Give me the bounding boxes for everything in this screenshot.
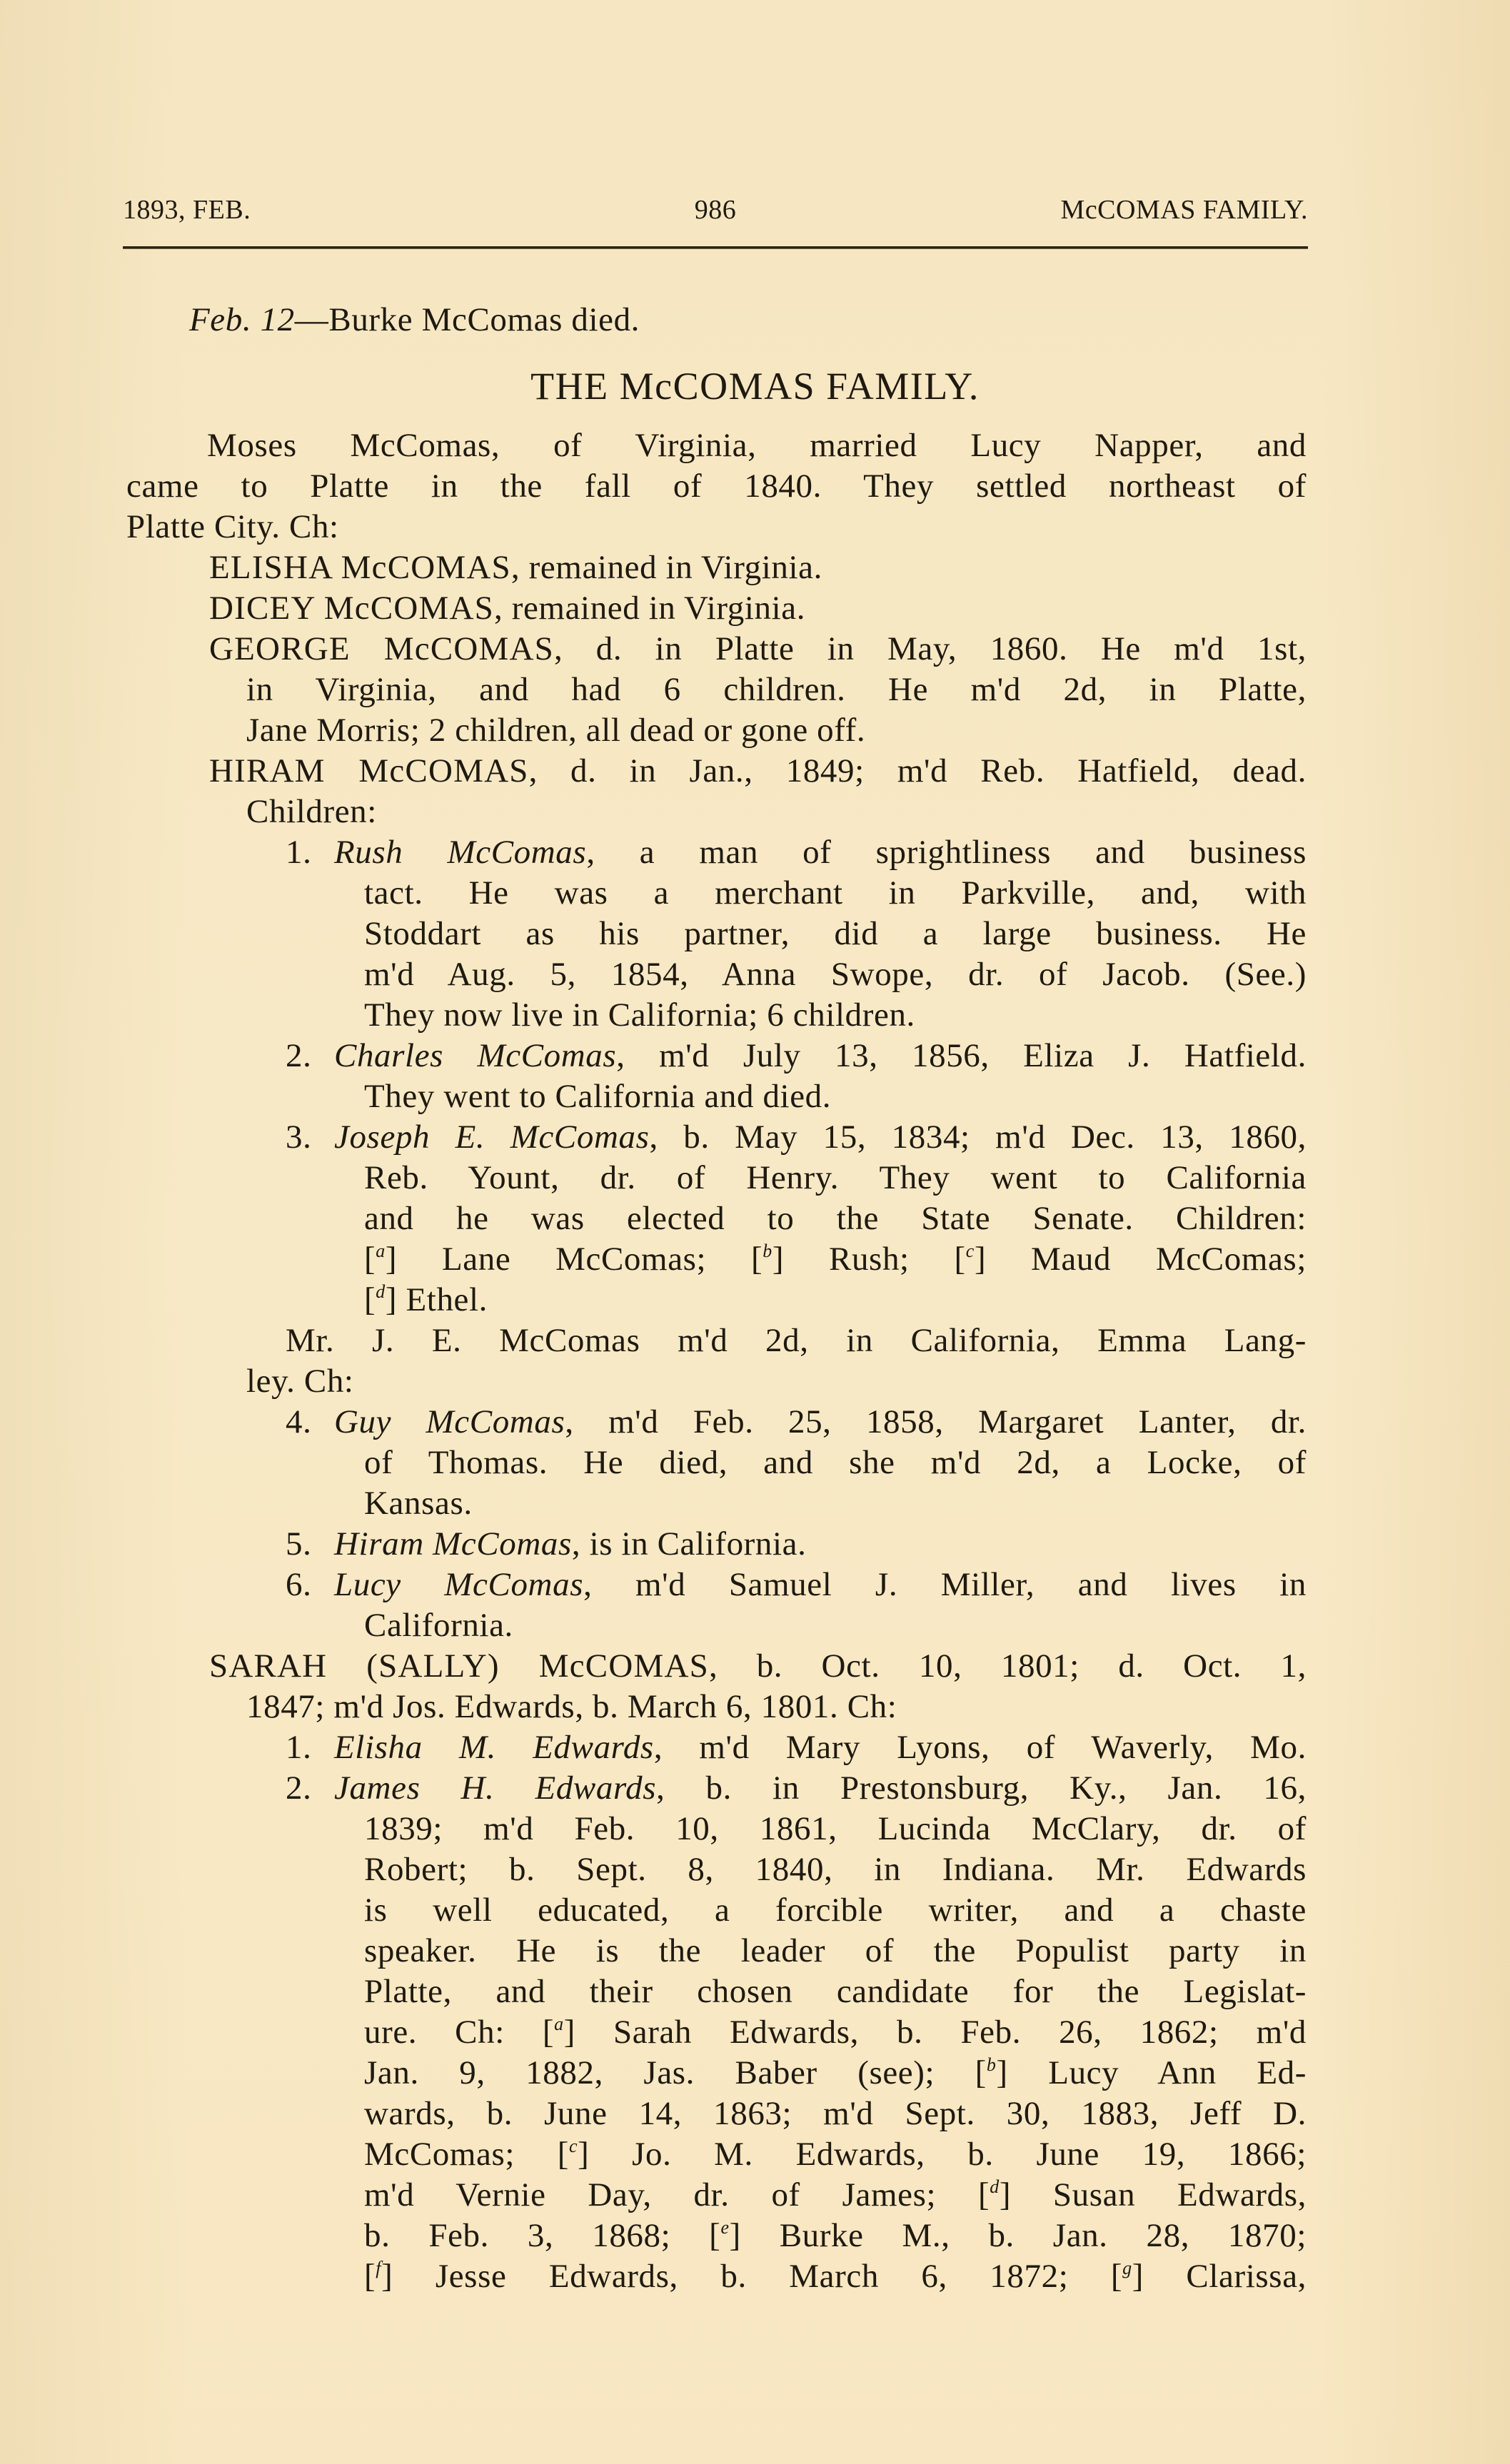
child-name: James H. Edwards — [334, 1769, 656, 1807]
section-title: THE McCOMAS FAMILY. — [0, 364, 1510, 408]
child-item: 4. Guy McComas, m'd Feb. 25, 1858, Marga… — [286, 1402, 1307, 1443]
entry-continuation: Children: — [246, 792, 377, 832]
grandchildren-line: [a] Lane McComas; [b] Rush; [c] Maud McC… — [364, 1239, 1307, 1280]
child-continuation: and he was elected to the State Senate. … — [364, 1198, 1307, 1239]
grandchildren-line: Jan. 9, 1882, Jas. Baber (see); [b] Lucy… — [364, 2053, 1307, 2094]
child-name: Hiram McComas — [334, 1525, 572, 1562]
child-text: , m'd Mary Lyons, of Waverly, Mo. — [654, 1729, 1307, 1766]
child-number: 4. — [286, 1403, 311, 1440]
entry-continuation: 1847; m'd Jos. Edwards, b. March 6, 1801… — [246, 1687, 897, 1727]
entry-text: , d. in Platte in May, 1860. He m'd 1st, — [554, 630, 1307, 667]
entry-continuation: Jane Morris; 2 children, all dead or gon… — [246, 710, 865, 751]
grandchildren-line: McComas; [c] Jo. M. Edwards, b. June 19,… — [364, 2134, 1307, 2175]
child-item: 2. Charles McComas, m'd July 13, 1856, E… — [286, 1036, 1307, 1076]
grandchildren-line: [f] Jesse Edwards, b. March 6, 1872; [g]… — [364, 2256, 1307, 2297]
child-text: , m'd Samuel J. Miller, and lives in — [583, 1566, 1307, 1603]
book-page: 1893, FEB. 986 McCOMAS FAMILY. Feb. 12—B… — [0, 0, 1510, 2464]
entry-text: , b. Oct. 10, 1801; d. Oct. 1, — [709, 1647, 1307, 1685]
entry-continuation: in Virginia, and had 6 children. He m'd … — [246, 670, 1307, 710]
entry-name: ELISHA McCOMAS — [209, 549, 511, 586]
child-continuation: 1839; m'd Feb. 10, 1861, Lucinda McClary… — [364, 1809, 1307, 1849]
second-marriage-line: Mr. J. E. McComas m'd 2d, in California,… — [286, 1321, 1307, 1361]
child-name: Elisha M. Edwards — [334, 1729, 654, 1766]
entry-name: DICEY McCOMAS — [209, 590, 494, 627]
child-number: 2. — [286, 1769, 311, 1807]
opening-note-date: Feb. 12 — [189, 301, 295, 338]
child-item: 5. Hiram McComas, is in California. — [286, 1524, 311, 1565]
child-item: 6. Lucy McComas, m'd Samuel J. Miller, a… — [286, 1565, 1307, 1605]
child-text: , is in California. — [572, 1525, 807, 1562]
child-number: 1. — [286, 834, 311, 871]
child-continuation: Platte, and their chosen candidate for t… — [364, 1971, 1307, 2012]
child-number: 2. — [286, 1037, 311, 1074]
child-text: , b. in Prestonsburg, Ky., Jan. 16, — [656, 1769, 1307, 1807]
header-rule — [123, 246, 1308, 249]
running-head-title: McCOMAS FAMILY. — [1061, 194, 1308, 226]
child-text: , m'd July 13, 1856, Eliza J. Hatfield. — [616, 1037, 1307, 1074]
grandchildren-line: [d] Ethel. — [364, 1280, 488, 1321]
child-number: 3. — [286, 1119, 311, 1156]
intro-line: Moses McComas, of Virginia, married Lucy… — [207, 425, 1307, 466]
running-head: 1893, FEB. 986 McCOMAS FAMILY. — [123, 194, 1308, 230]
grandchildren-line: ure. Ch: [a] Sarah Edwards, b. Feb. 26, … — [364, 2012, 1307, 2053]
child-text: , a man of sprightliness and business — [586, 834, 1307, 871]
child-name: Joseph E. McComas — [334, 1119, 650, 1156]
opening-note-text: —Burke McComas died. — [295, 301, 640, 338]
child-continuation: is well educated, a forcible writer, and… — [364, 1890, 1307, 1931]
grandchildren-line: b. Feb. 3, 1868; [e] Burke M., b. Jan. 2… — [364, 2216, 1307, 2256]
child-continuation: tact. He was a merchant in Parkville, an… — [364, 873, 1307, 914]
entry-text: , remained in Virginia. — [494, 590, 805, 627]
grandchildren-line: m'd Vernie Day, dr. of James; [d] Susan … — [364, 2175, 1307, 2216]
child-number: 6. — [286, 1566, 311, 1603]
child-continuation: Reb. Yount, dr. of Henry. They went to C… — [364, 1158, 1307, 1198]
child-item: 2. James H. Edwards, b. in Prestonsburg,… — [286, 1768, 1307, 1809]
child-text: , b. May 15, 1834; m'd Dec. 13, 1860, — [650, 1119, 1307, 1156]
child-item: 3. Joseph E. McComas, b. May 15, 1834; m… — [286, 1117, 1307, 1158]
entry-name: GEORGE McCOMAS — [209, 630, 554, 667]
child-continuation: They now live in California; 6 children. — [364, 995, 915, 1036]
child-name: Guy McComas — [334, 1403, 565, 1440]
entry-name: SARAH (SALLY) McCOMAS — [209, 1647, 709, 1685]
child-text: , m'd Feb. 25, 1858, Margaret Lanter, dr… — [565, 1403, 1307, 1440]
grandchildren-line: wards, b. June 14, 1863; m'd Sept. 30, 1… — [364, 2094, 1307, 2134]
intro-line: came to Platte in the fall of 1840. They… — [126, 466, 1307, 507]
child-continuation: California. — [364, 1605, 513, 1646]
child-number: 1. — [286, 1729, 311, 1766]
child-item: 1. Rush McComas, a man of sprightliness … — [286, 832, 1307, 873]
child-item: 1. Elisha M. Edwards, m'd Mary Lyons, of… — [286, 1727, 1307, 1768]
entry-text: , d. in Jan., 1849; m'd Reb. Hatfield, d… — [529, 752, 1307, 789]
entry-text: , remained in Virginia. — [511, 549, 822, 586]
child-continuation: m'd Aug. 5, 1854, Anna Swope, dr. of Jac… — [364, 954, 1307, 995]
child-continuation: Robert; b. Sept. 8, 1840, in Indiana. Mr… — [364, 1849, 1307, 1890]
child-name: Rush McComas — [334, 834, 586, 871]
entry-name: HIRAM McCOMAS — [209, 752, 529, 789]
child-name: Charles McComas — [334, 1037, 616, 1074]
second-marriage-line: ley. Ch: — [246, 1361, 354, 1402]
opening-note: Feb. 12—Burke McComas died. — [189, 300, 640, 340]
intro-line: Platte City. Ch: — [126, 507, 339, 547]
child-name: Lucy McComas — [334, 1566, 583, 1603]
child-continuation: of Thomas. He died, and she m'd 2d, a Lo… — [364, 1443, 1307, 1483]
child-continuation: Stoddart as his partner, did a large bus… — [364, 914, 1307, 954]
child-continuation: Kansas. — [364, 1483, 473, 1524]
child-continuation: They went to California and died. — [364, 1076, 831, 1117]
child-number: 5. — [286, 1525, 311, 1562]
child-continuation: speaker. He is the leader of the Populis… — [364, 1931, 1307, 1971]
